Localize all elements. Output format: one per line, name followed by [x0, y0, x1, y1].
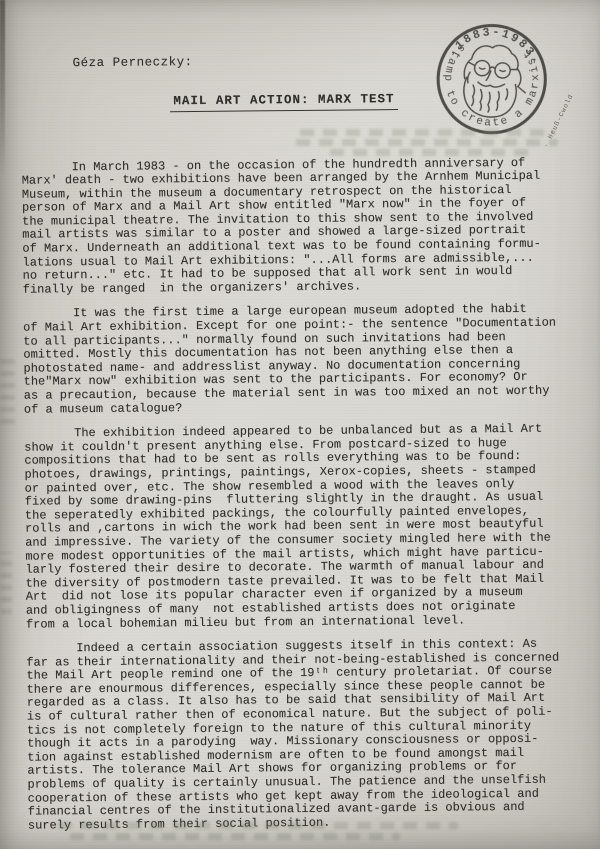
paragraph-1: In March 1983 - on the occasion of the h… — [22, 156, 579, 297]
paragraph-2: It was the first time a large european m… — [23, 303, 580, 417]
document-sheet: Géza Perneczky: MAIL ART ACTION: MARX TE… — [0, 0, 600, 849]
paragraph-4: Indeed a certain association suggests it… — [26, 637, 584, 833]
scanned-document-page: { "page": { "author": "Géza Perneczky:",… — [0, 0, 600, 849]
document-body: In March 1983 - on the occasion of the h… — [22, 156, 584, 833]
page-title: MAIL ART ACTION: MARX TEST — [170, 92, 397, 112]
marx-rubber-stamp: ·1883-1983· stamp to create a marxist — [418, 5, 566, 153]
marx-stamp-graphic: ·1883-1983· stamp to create a marxist — [418, 5, 566, 153]
paragraph-3: The exhibition indeed appeared to be unb… — [24, 422, 582, 631]
